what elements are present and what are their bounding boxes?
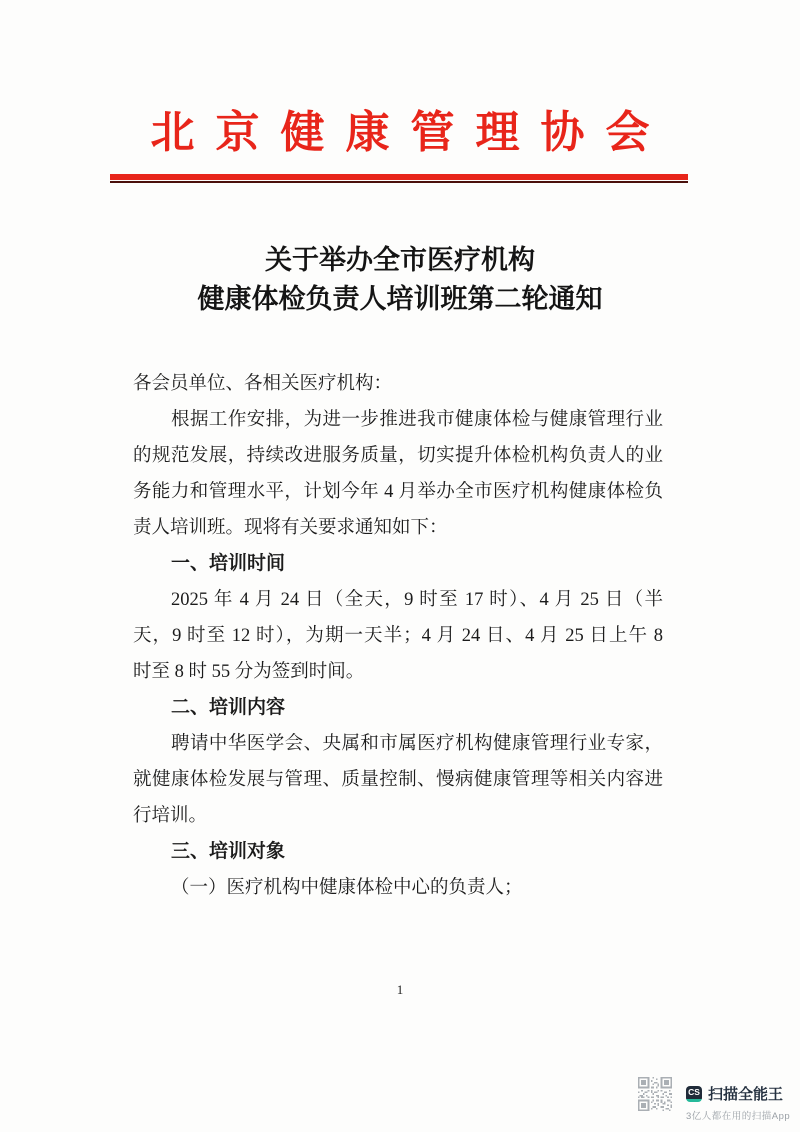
org-name-header: 北京健康管理协会 (0, 0, 800, 160)
body-line: 根据工作安排，为进一步推进我市健康体检与健康管理行业 (133, 402, 663, 438)
watermark-text-block: CS 扫描全能王 3亿人都在用的扫描App (686, 1077, 790, 1122)
document-page: 北京健康管理协会 关于举办全市医疗机构 健康体检负责人培训班第二轮通知 各会员单… (0, 0, 800, 1132)
body-line: 行培训。 (133, 798, 663, 834)
body-line: 聘请中华医学会、央属和市属医疗机构健康管理行业专家， (133, 726, 663, 762)
qr-code-icon (638, 1077, 672, 1111)
header-rule-thick (110, 174, 688, 180)
body-line: 的规范发展，持续改进服务质量，切实提升体检机构负责人的业 (133, 438, 663, 474)
page-number: 1 (0, 982, 800, 998)
doc-title-line1: 关于举办全市医疗机构 (0, 241, 800, 280)
header-rule (110, 174, 688, 183)
body-line: 天，9 时至 12 时），为期一天半；4 月 24 日、4 月 25 日上午 8 (133, 618, 663, 654)
doc-title-line2: 健康体检负责人培训班第二轮通知 (0, 280, 800, 319)
body-line: 就健康体检发展与管理、质量控制、慢病健康管理等相关内容进 (133, 762, 663, 798)
section-heading: 二、培训内容 (133, 690, 663, 726)
doc-body: 各会员单位、各相关医疗机构：根据工作安排，为进一步推进我市健康体检与健康管理行业… (133, 366, 663, 906)
camscanner-logo-icon: CS (686, 1086, 702, 1102)
body-line: 各会员单位、各相关医疗机构： (133, 366, 663, 402)
scanner-watermark: CS 扫描全能王 3亿人都在用的扫描App (638, 1077, 790, 1122)
doc-title: 关于举办全市医疗机构 健康体检负责人培训班第二轮通知 (0, 241, 800, 319)
body-line: （一）医疗机构中健康体检中心的负责人； (133, 870, 663, 906)
body-line: 务能力和管理水平，计划今年 4 月举办全市医疗机构健康体检负 (133, 474, 663, 510)
body-line: 时至 8 时 55 分为签到时间。 (133, 654, 663, 690)
watermark-tagline: 3亿人都在用的扫描App (686, 1108, 790, 1122)
watermark-brand-line: CS 扫描全能王 (686, 1083, 790, 1104)
header-rule-thin (110, 181, 688, 183)
section-heading: 三、培训对象 (133, 834, 663, 870)
body-line: 2025 年 4 月 24 日（全天，9 时至 17 时）、4 月 25 日（半 (133, 582, 663, 618)
section-heading: 一、培训时间 (133, 546, 663, 582)
body-line: 责人培训班。现将有关要求通知如下： (133, 510, 663, 546)
watermark-app-name: 扫描全能王 (708, 1083, 783, 1104)
